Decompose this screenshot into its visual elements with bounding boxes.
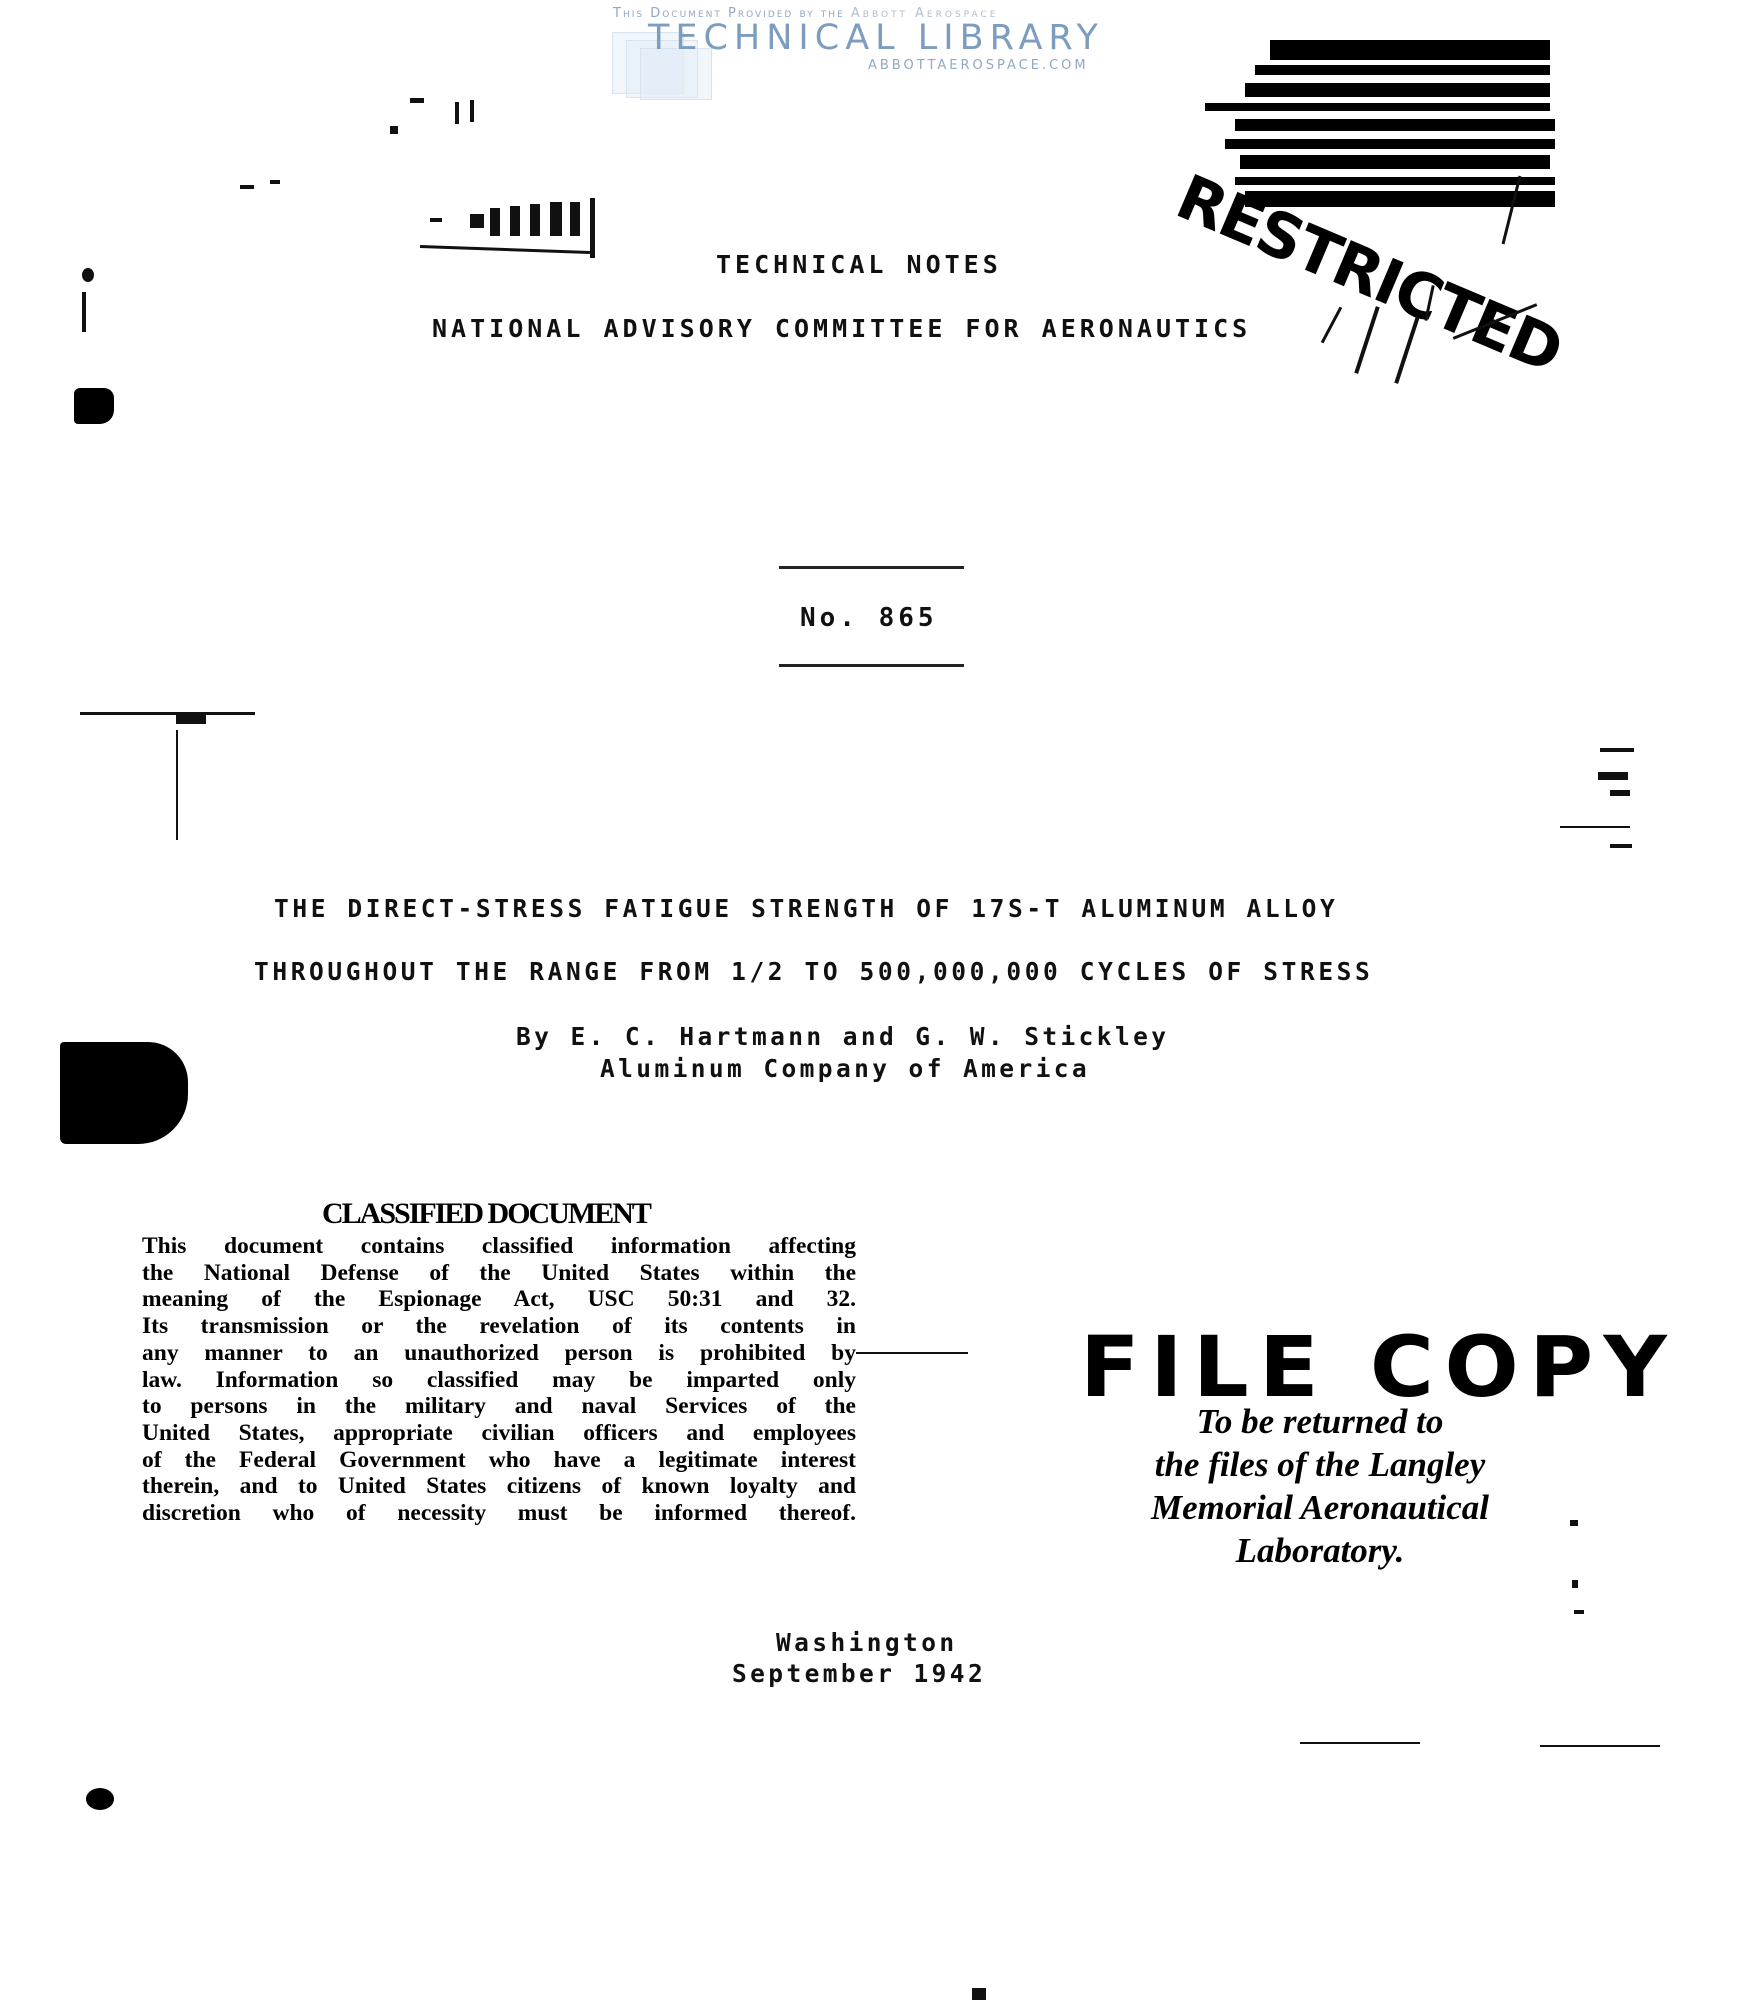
number-rule-top: [779, 566, 964, 569]
classified-notice: This document contains classified inform…: [142, 1233, 856, 1527]
technical-note-number: No. 865: [800, 603, 938, 633]
scan-mark: [972, 1988, 986, 2000]
classified-line: any manner to an unauthorized person is …: [142, 1340, 856, 1367]
ink-blot: [74, 388, 114, 424]
classified-line: the National Defense of the United State…: [142, 1260, 856, 1287]
scan-mark: [1540, 1745, 1660, 1747]
classified-line: United States, appropriate civilian offi…: [142, 1420, 856, 1447]
scan-mark: [1610, 790, 1630, 796]
classified-line: to persons in the military and naval Ser…: [142, 1393, 856, 1420]
scan-mark: [1574, 1610, 1584, 1614]
scan-mark: [1570, 1520, 1578, 1526]
scan-mark: [176, 714, 206, 724]
scan-mark: [1610, 844, 1632, 848]
classified-line: Its transmission or the revelation of it…: [142, 1313, 856, 1340]
author-affiliation: Aluminum Company of America: [600, 1054, 1090, 1083]
scan-mark: [1598, 772, 1628, 780]
publication-place: Washington: [776, 1628, 958, 1657]
scan-mark: [82, 268, 94, 282]
classified-heading: CLASSIFIED DOCUMENT: [322, 1197, 650, 1231]
scan-mark: [176, 730, 178, 840]
document-page: This Document Provided by the Abbott Aer…: [0, 0, 1750, 2006]
publication-date: September 1942: [732, 1659, 986, 1688]
organization-name: NATIONAL ADVISORY COMMITTEE FOR AERONAUT…: [432, 314, 1251, 343]
scan-mark: [1300, 1742, 1420, 1744]
scan-mark: [1560, 826, 1630, 828]
stray-rule: [856, 1352, 968, 1354]
faded-stamp-top-left: [370, 90, 700, 270]
classified-line: discretion who of necessity must be info…: [142, 1500, 856, 1527]
author-byline: By E. C. Hartmann and G. W. Stickley: [516, 1022, 1169, 1051]
handwritten-mark: [1300, 285, 1560, 395]
ink-blot: [86, 1788, 114, 1810]
number-rule-bottom: [779, 664, 964, 667]
file-copy-line: To be returned to: [1095, 1400, 1545, 1443]
classified-line: law. Information so classified may be im…: [142, 1367, 856, 1394]
classified-line: of the Federal Government who have a leg…: [142, 1447, 856, 1474]
file-copy-return-note: To be returned to the files of the Langl…: [1095, 1400, 1545, 1572]
file-copy-line: Laboratory.: [1095, 1529, 1545, 1572]
scan-mark: [1600, 748, 1634, 752]
file-copy-line: Memorial Aeronautical: [1095, 1486, 1545, 1529]
scan-mark: [80, 712, 255, 715]
watermark-technical-library: TECHNICAL LIBRARY: [648, 18, 1104, 58]
series-label: TECHNICAL NOTES: [716, 250, 1002, 279]
watermark-url: ABBOTTAEROSPACE.COM: [868, 58, 1089, 73]
file-copy-line: the files of the Langley: [1095, 1443, 1545, 1486]
title-line-1: THE DIRECT-STRESS FATIGUE STRENGTH OF 17…: [274, 894, 1338, 923]
classified-line: meaning of the Espionage Act, USC 50:31 …: [142, 1286, 856, 1313]
title-line-2: THROUGHOUT THE RANGE FROM 1/2 TO 500,000…: [254, 957, 1373, 986]
scan-mark: [1572, 1580, 1578, 1588]
classified-line: therein, and to United States citizens o…: [142, 1473, 856, 1500]
classified-line: This document contains classified inform…: [142, 1233, 856, 1260]
ink-blot: [60, 1042, 188, 1144]
scan-mark: [82, 292, 86, 332]
